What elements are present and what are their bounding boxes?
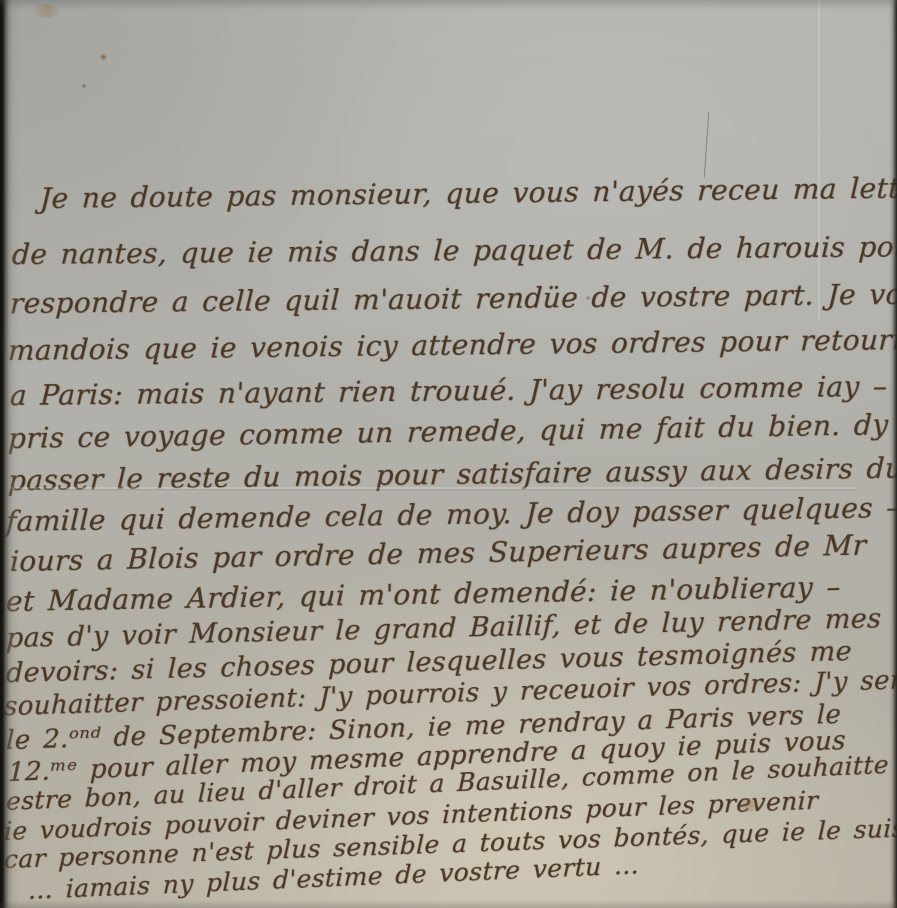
photo-bottom-edge	[0, 900, 897, 908]
foxing-spot	[740, 798, 758, 812]
manuscript-line-04: mandois que ie venois icy attendre vos o…	[7, 323, 897, 367]
manuscript-line-07: passer le reste du mois pour satisfaire …	[7, 451, 897, 497]
manuscript-line-03: respondre a celle quil m'auoit rendüe de…	[9, 277, 897, 320]
foxing-spot	[100, 54, 107, 60]
photo-left-edge	[0, 0, 20, 908]
paper-crease-horizontal	[10, 487, 857, 489]
manuscript-line-06: pris ce voyage comme un remede, qui me f…	[7, 408, 897, 455]
manuscript-line-02: de nantes, que ie mis dans le paquet de …	[11, 230, 897, 271]
manuscript-text-block: Je ne doute pas monsieur, que vous n'ayé…	[0, 0, 897, 908]
foxing-spot	[82, 84, 86, 88]
foxing-spot	[586, 296, 590, 300]
manuscript-photo: Je ne doute pas monsieur, que vous n'ayé…	[0, 0, 897, 908]
paper-crease-vertical	[818, 0, 820, 320]
photo-right-edge	[889, 0, 897, 908]
manuscript-line-01: Je ne doute pas monsieur, que vous n'ayé…	[39, 171, 897, 215]
photo-top-edge	[0, 0, 897, 10]
manuscript-line-05: a Paris: mais n'ayant rien trouué. J'ay …	[9, 370, 888, 412]
manuscript-line-09: iours a Blois par ordre de mes Superieur…	[9, 529, 867, 578]
